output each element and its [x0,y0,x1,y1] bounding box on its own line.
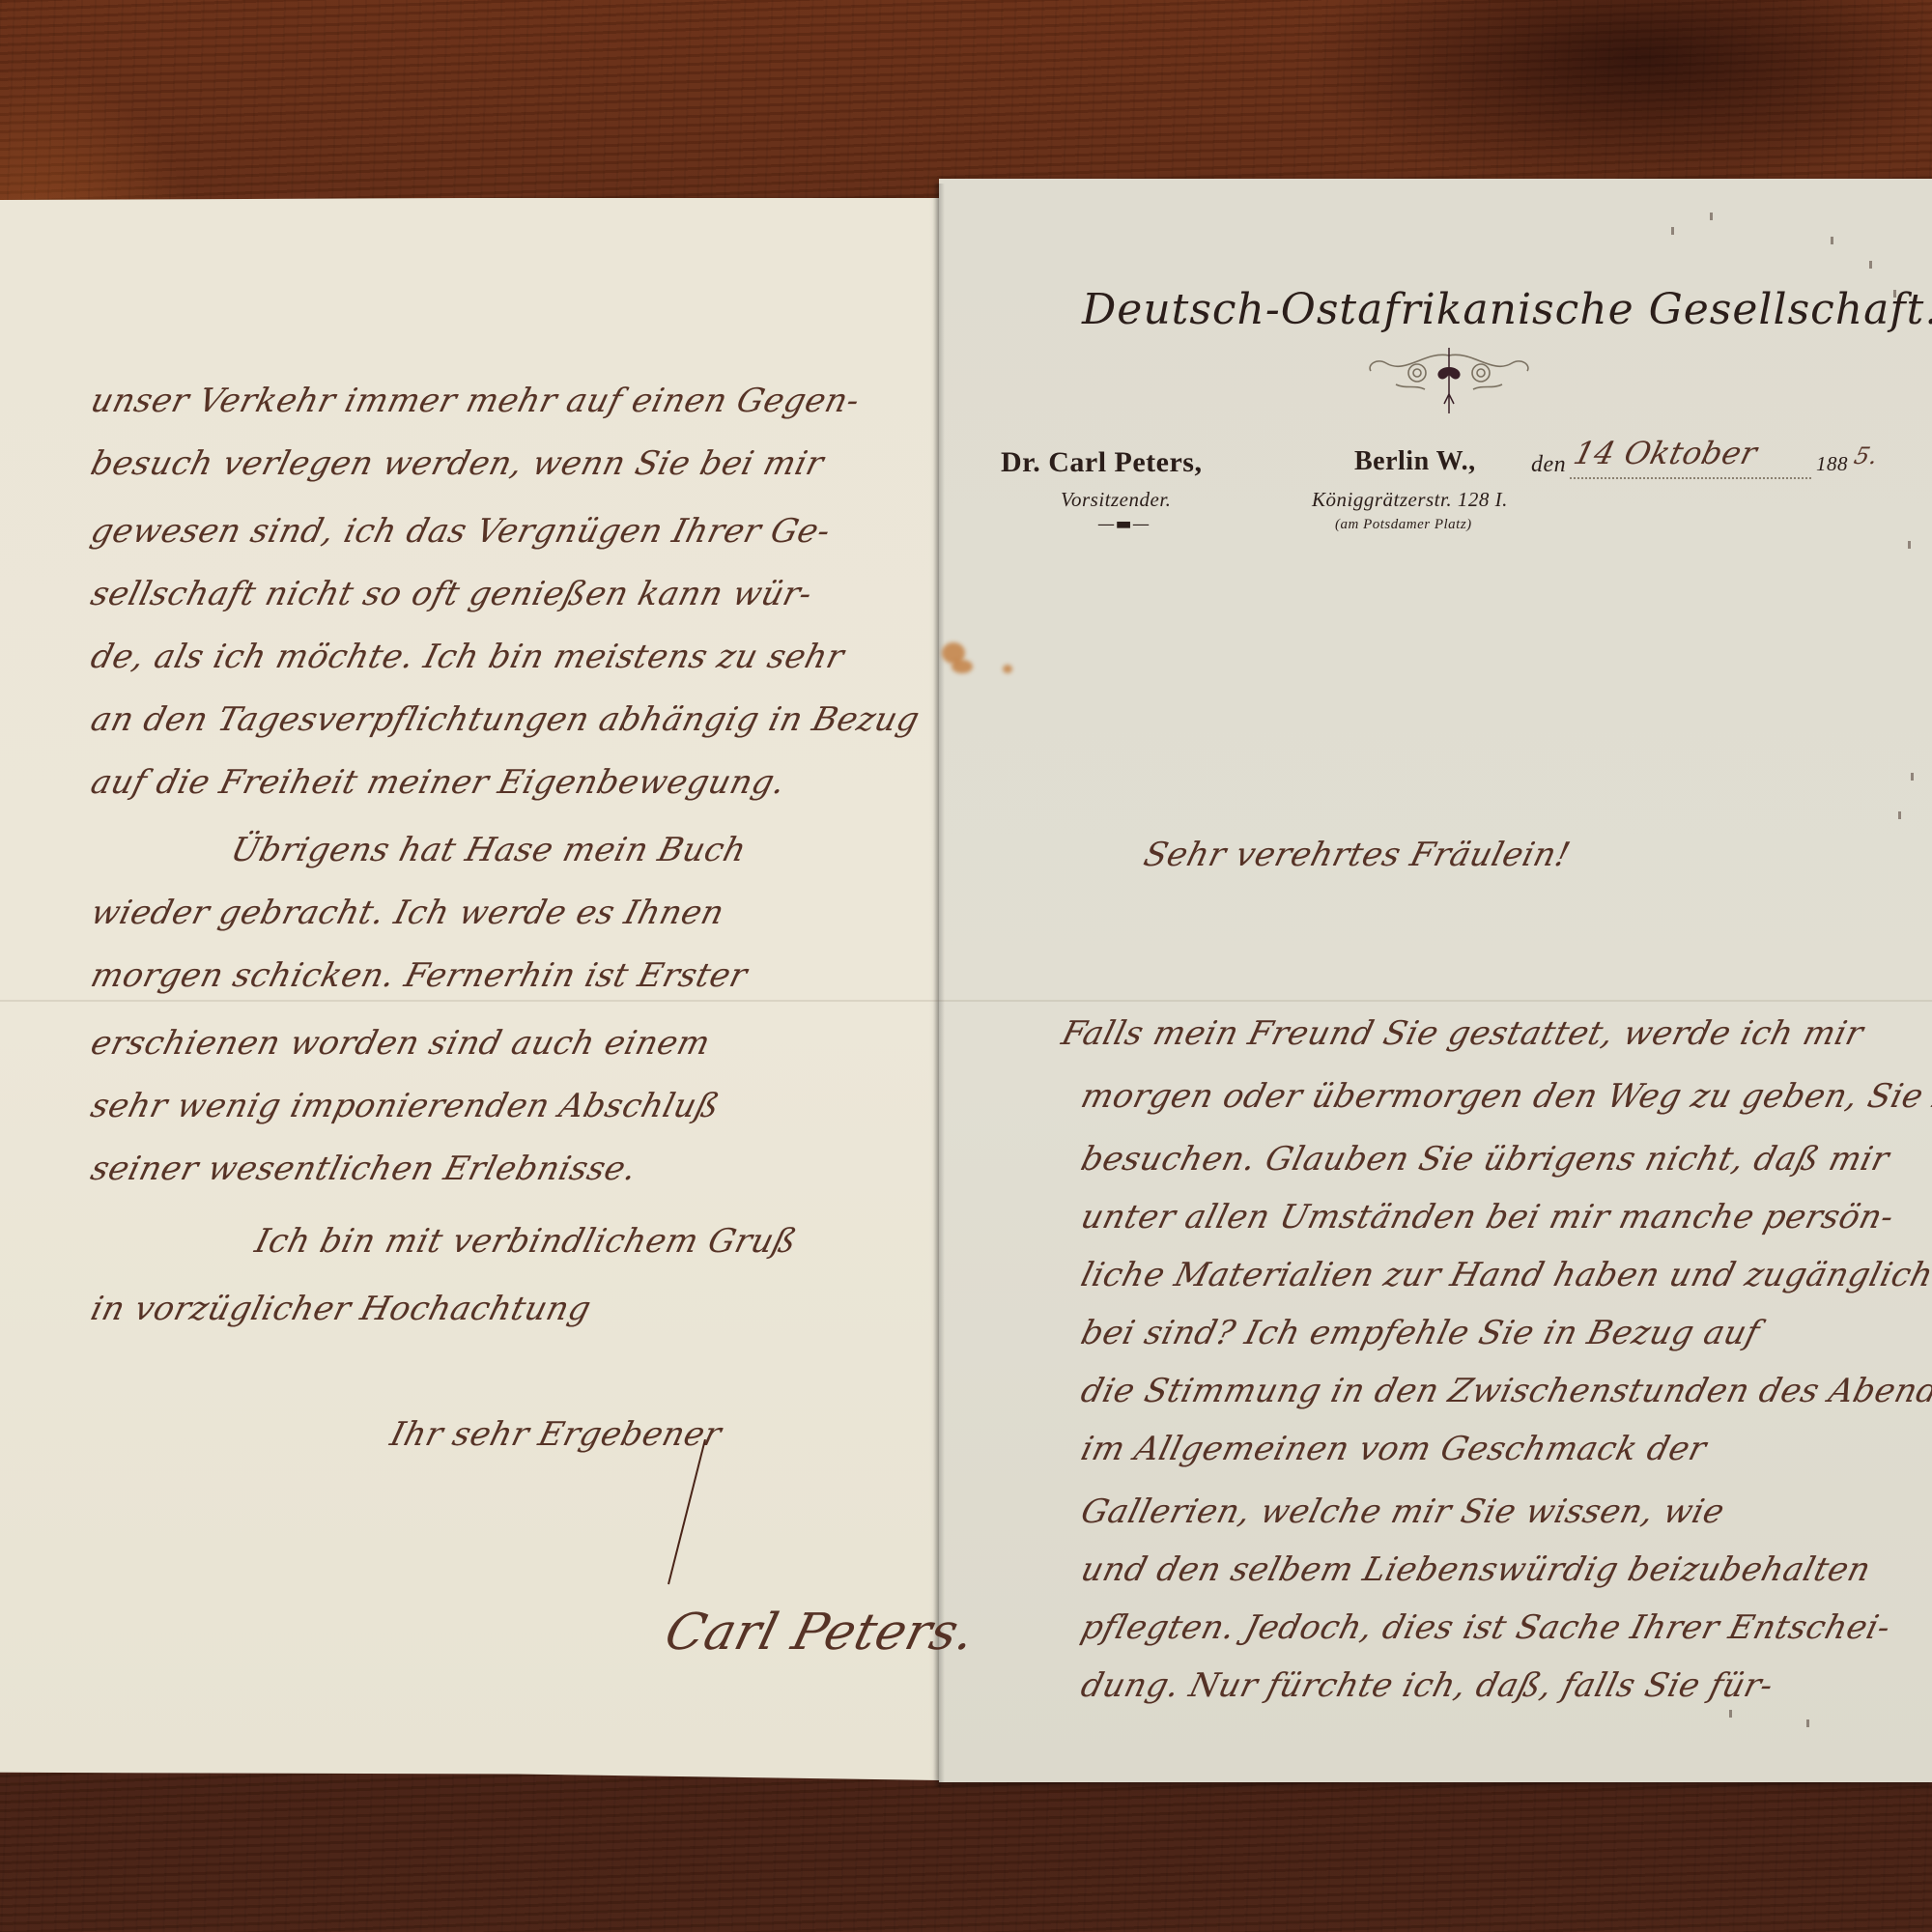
left-line: gewesen sind, ich das Vergnügen Ihrer Ge… [87,512,835,551]
left-line: in vorzüglicher Hochachtung [87,1290,595,1328]
right-line: unter allen Umständen bei mir manche per… [1077,1198,1898,1236]
left-line: Ich bin mit verbindlichem Gruß [251,1222,801,1261]
ink-speck [1671,227,1674,235]
signature-flourish [657,1439,715,1594]
right-line: im Allgemeinen vom Geschmack der [1077,1430,1711,1468]
left-line: erschienen worden sind auch einem [87,1024,714,1063]
signature: Carl Peters. [660,1604,981,1662]
left-line: an den Tagesverpflichtungen abhängig in … [87,700,923,739]
letterhead-sender-title: Vorsitzender. [1061,488,1171,512]
letterhead-sender-name: Dr. Carl Peters, [1001,446,1202,479]
left-line: seiner wesentlichen Erlebnisse. [87,1150,640,1188]
left-line: besuch verlegen werden, wenn Sie bei mir [87,444,828,483]
ink-speck [1898,811,1901,819]
right-line: Gallerien, welche mir Sie wissen, wie [1077,1492,1728,1531]
left-line: de, als ich möchte. Ich bin meistens zu … [87,638,848,676]
letter-page-right [939,179,1932,1782]
left-line: unser Verkehr immer mehr auf einen Gegen… [87,382,864,420]
salutation: Sehr verehrtes Fräulein! [1140,836,1575,874]
ink-speck [1729,1710,1732,1718]
left-line: Übrigens hat Hase mein Buch [227,831,751,869]
ornament-flourish-icon [1357,346,1541,418]
right-line: die Stimmung in den Zwischenstunden des … [1077,1372,1932,1410]
right-line: besuchen. Glauben Sie übrigens nicht, da… [1077,1140,1893,1179]
left-line: morgen schicken. Fernerhin ist Erster [87,956,752,995]
right-line: und den selbem Liebenswürdig beizubehalt… [1077,1550,1875,1589]
right-line: liche Materialien zur Hand haben und zug… [1077,1256,1932,1294]
date-handwritten: 14 Oktober [1570,435,1761,471]
left-line: sehr wenig imponierenden Abschluß [87,1087,724,1125]
right-line: morgen oder übermorgen den Weg zu geben,… [1077,1077,1932,1116]
letterhead-place: Berlin W., [1354,446,1476,477]
left-line: auf die Freiheit meiner Eigenbewegung. [87,763,789,802]
letterhead-organization: Deutsch-Ostafrikanische Gesellschaft. [1082,285,1932,334]
right-line: pflegten. Jedoch, dies ist Sache Ihrer E… [1077,1608,1894,1647]
rust-stain [1003,665,1012,673]
letterhead-year-printed: 188 [1816,452,1848,476]
rust-stain [952,660,973,673]
ink-speck [1911,773,1914,781]
right-line: bei sind? Ich empfehle Sie in Bezug auf [1077,1314,1764,1352]
letterhead-date-prefix: den [1531,452,1566,478]
horizontal-crease [0,1000,1932,1002]
left-line: wieder gebracht. Ich werde es Ihnen [87,894,728,932]
ink-speck [1806,1719,1809,1727]
ink-speck [1908,541,1911,549]
date-line [1570,477,1811,479]
ink-speck [1869,261,1872,269]
center-fold [933,184,945,1787]
right-line: Falls mein Freund Sie gestattet, werde i… [1058,1014,1867,1053]
letterhead-address-note: (am Potsdamer Platz) [1335,517,1472,533]
right-line: dung. Nur fürchte ich, daß, falls Sie fü… [1077,1666,1777,1705]
ink-speck [1831,237,1833,244]
letterhead-address: Königgrätzerstr. 128 I. [1312,488,1508,512]
letterhead-divider: —▬— [1097,514,1151,534]
left-line: sellschaft nicht so oft genießen kann wü… [87,575,816,613]
ink-speck [1710,213,1713,220]
